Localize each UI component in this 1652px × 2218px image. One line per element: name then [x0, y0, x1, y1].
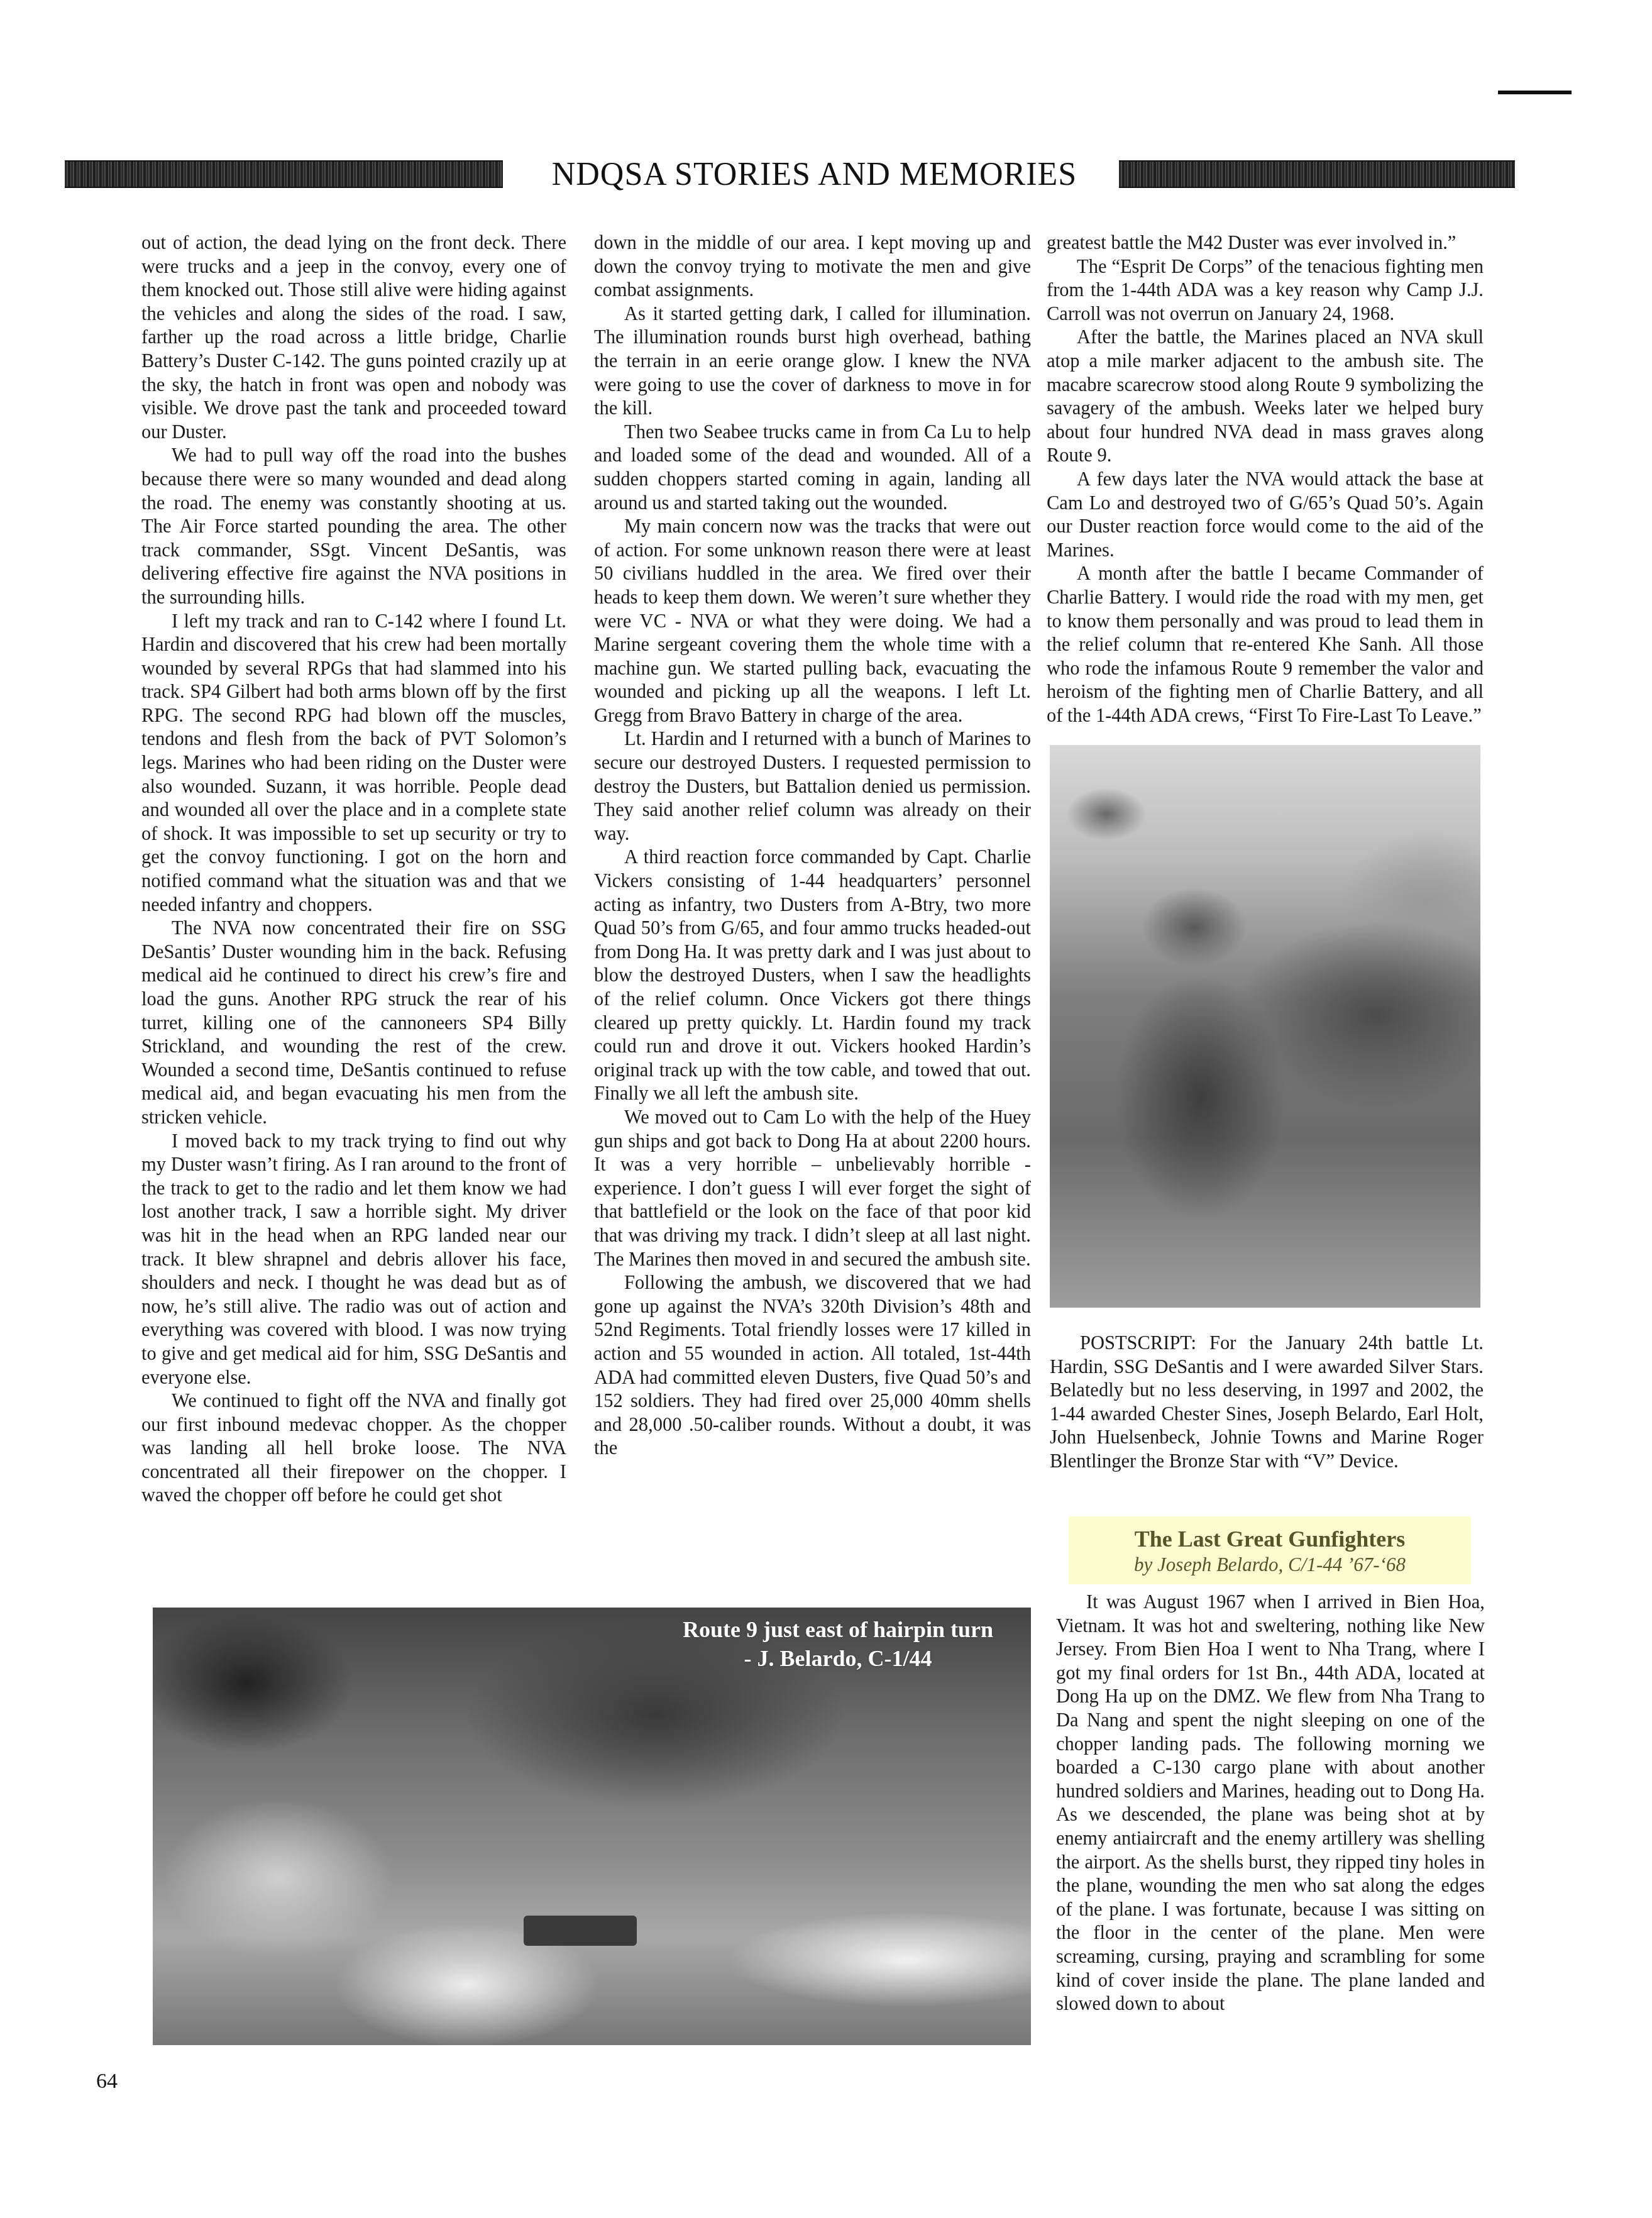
- paragraph: Lt. Hardin and I returned with a bunch o…: [594, 727, 1031, 846]
- sidebar-title-box: The Last Great Gunfighters by Joseph Bel…: [1069, 1516, 1471, 1584]
- top-right-rule: [1498, 91, 1572, 94]
- paragraph: I left my track and ran to C-142 where I…: [141, 610, 566, 917]
- postscript: POSTSCRIPT: For the January 24th battle …: [1050, 1332, 1484, 1474]
- paragraph: Then two Seabee trucks came in from Ca L…: [594, 421, 1031, 515]
- paragraph: greatest battle the M42 Duster was ever …: [1047, 231, 1484, 255]
- paragraph: down in the middle of our area. I kept m…: [594, 231, 1031, 302]
- vehicle-shape: [524, 1916, 637, 1946]
- paragraph: out of action, the dead lying on the fro…: [141, 231, 566, 444]
- paragraph: Following the ambush, we discovered that…: [594, 1271, 1031, 1460]
- right-column: greatest battle the M42 Duster was ever …: [1047, 231, 1484, 727]
- paragraph: We continued to fight off the NVA and fi…: [141, 1389, 566, 1508]
- paragraph: As it started getting dark, I called for…: [594, 302, 1031, 421]
- paragraph: The “Esprit De Corps” of the tenacious f…: [1047, 255, 1484, 326]
- middle-column: down in the middle of our area. I kept m…: [594, 231, 1031, 1460]
- section-title: NDQSA STORIES AND MEMORIES: [514, 156, 1115, 194]
- header-bar-right: [1119, 160, 1515, 188]
- section-header: NDQSA STORIES AND MEMORIES: [0, 156, 1652, 194]
- paragraph: After the battle, the Marines placed an …: [1047, 326, 1484, 468]
- sidebar-byline: by Joseph Belardo, C/1-44 ’67-‘68: [1069, 1553, 1471, 1577]
- paragraph: We moved out to Cam Lo with the help of …: [594, 1106, 1031, 1271]
- sidebar-title: The Last Great Gunfighters: [1069, 1525, 1471, 1553]
- page-number: 64: [96, 2070, 118, 2094]
- photo-caption: Route 9 just east of hairpin turn - J. B…: [683, 1615, 993, 1673]
- paragraph: A third reaction force commanded by Capt…: [594, 846, 1031, 1106]
- paragraph: It was August 1967 when I arrived in Bie…: [1056, 1591, 1485, 2016]
- paragraph: I moved back to my track trying to find …: [141, 1130, 566, 1390]
- postscript-text: POSTSCRIPT: For the January 24th battle …: [1050, 1332, 1484, 1474]
- paragraph: A month after the battle I became Comman…: [1047, 562, 1484, 727]
- photo-caption-line2: - J. Belardo, C-1/44: [683, 1644, 993, 1673]
- route9-photo: Route 9 just east of hairpin turn - J. B…: [153, 1608, 1031, 2045]
- left-column: out of action, the dead lying on the fro…: [141, 231, 566, 1508]
- paragraph: We had to pull way off the road into the…: [141, 444, 566, 609]
- sidebar-story-body: It was August 1967 when I arrived in Bie…: [1056, 1591, 1485, 2016]
- paragraph: A few days later the NVA would attack th…: [1047, 468, 1484, 562]
- handshake-photo: [1050, 745, 1480, 1308]
- header-bar-left: [65, 160, 503, 188]
- photo-caption-line1: Route 9 just east of hairpin turn: [683, 1615, 993, 1644]
- paragraph: My main concern now was the tracks that …: [594, 515, 1031, 727]
- paragraph: The NVA now concentrated their fire on S…: [141, 917, 566, 1129]
